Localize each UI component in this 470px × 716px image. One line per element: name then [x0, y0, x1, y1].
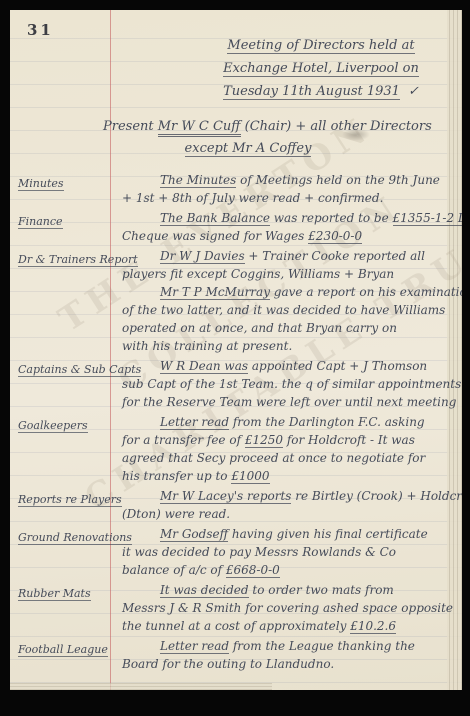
minute-section: Football LeagueLetter read from the Leag…	[18, 637, 448, 673]
margin-label-cell: Reports re Players	[18, 487, 110, 523]
margin-label-cell: Football League	[18, 637, 110, 673]
present-line-2: except Mr A Coffey	[103, 138, 453, 160]
margin-label: Goalkeepers	[18, 419, 88, 433]
heading-line: Meeting of Directors held at	[195, 34, 447, 57]
margin-label: Reports re Players	[18, 493, 122, 507]
paragraph: The Minutes of Meetings held on the 9th …	[122, 171, 448, 207]
minute-section: Dr & Trainers ReportDr W J Davies + Trai…	[18, 247, 448, 355]
margin-label-cell: Finance	[18, 209, 110, 245]
margin-label-cell: Goalkeepers	[18, 413, 110, 485]
paragraph: It was decided to order two mats fromMes…	[122, 581, 453, 635]
manuscript-line: Letter read from the League thanking the	[122, 637, 448, 655]
minute-section: Rubber MatsIt was decided to order two m…	[18, 581, 448, 635]
present-suffix: (Chair) + all other Directors	[241, 119, 432, 134]
manuscript-line: Letter read from the Darlington F.C. ask…	[122, 413, 448, 431]
paragraph: W R Dean was appointed Capt + J Thomsons…	[122, 357, 461, 411]
manuscript-line: the tunnel at a cost of approximately £1…	[122, 617, 453, 635]
margin-label-cell: Rubber Mats	[18, 581, 110, 635]
manuscript-line: Dr W J Davies + Trainer Cooke reported a…	[122, 247, 462, 265]
margin-label: Minutes	[18, 177, 64, 191]
section-body: The Bank Balance was reported to be £135…	[110, 209, 462, 245]
minute-section: Reports re PlayersMr W Lacey's reports r…	[18, 487, 448, 523]
manuscript-line: with his training at present.	[122, 337, 462, 355]
manuscript-line: it was decided to pay Messrs Rowlands & …	[122, 543, 448, 561]
paragraph: Mr T P McMurray gave a report on his exa…	[122, 283, 462, 355]
minute-section: MinutesThe Minutes of Meetings held on t…	[18, 171, 448, 207]
minute-book-page: THE EVERTON COLLECTION CHARITABLE TRUST …	[10, 10, 462, 690]
section-body: The Minutes of Meetings held on the 9th …	[110, 171, 448, 207]
section-body: Mr Godseff having given his final certif…	[110, 525, 448, 579]
minute-sections: MinutesThe Minutes of Meetings held on t…	[18, 171, 448, 675]
heading-line: Tuesday 11th August 1931✓	[195, 80, 447, 103]
minute-section: FinanceThe Bank Balance was reported to …	[18, 209, 448, 245]
page-edge-bottom	[10, 683, 272, 690]
paragraph: Letter read from the League thanking the…	[122, 637, 448, 673]
paragraph: Mr Godseff having given his final certif…	[122, 525, 448, 579]
manuscript-line: The Bank Balance was reported to be £135…	[122, 209, 462, 227]
paragraph: The Bank Balance was reported to be £135…	[122, 209, 462, 245]
manuscript-line: Mr W Lacey's reports re Birtley (Crook) …	[122, 487, 462, 505]
heading-line-1: Meeting of Directors held at	[227, 38, 414, 54]
section-body: Letter read from the League thanking the…	[110, 637, 448, 673]
heading-line-3: Tuesday 11th August 1931	[223, 84, 400, 100]
manuscript-line: for a transfer fee of £1250 for Holdcrof…	[122, 431, 448, 449]
manuscript-line: balance of a/c of £668-0-0	[122, 561, 448, 579]
margin-label-cell: Ground Renovations	[18, 525, 110, 579]
manuscript-line: + 1st + 8th of July were read + confirme…	[122, 189, 448, 207]
manuscript-line: Messrs J & R Smith for covering ashed sp…	[122, 599, 453, 617]
manuscript-line: players fit except Coggins, Williams + B…	[122, 265, 462, 283]
meeting-heading: Meeting of Directors held at Exchange Ho…	[195, 34, 447, 103]
manuscript-line: operated on at once, and that Bryan carr…	[122, 319, 462, 337]
margin-label: Rubber Mats	[18, 587, 91, 601]
present-line-1: Present Mr W C Cuff (Chair) + all other …	[103, 116, 453, 138]
margin-label: Finance	[18, 215, 63, 229]
manuscript-line: Mr Godseff having given his final certif…	[122, 525, 448, 543]
manuscript-line: It was decided to order two mats from	[122, 581, 453, 599]
section-body: W R Dean was appointed Capt + J Thomsons…	[110, 357, 461, 411]
manuscript-line: Mr T P McMurray gave a report on his exa…	[122, 283, 462, 301]
minute-section: Ground RenovationsMr Godseff having give…	[18, 525, 448, 579]
manuscript-line: The Minutes of Meetings held on the 9th …	[122, 171, 448, 189]
section-body: Letter read from the Darlington F.C. ask…	[110, 413, 448, 485]
manuscript-line: agreed that Secy proceed at once to nego…	[122, 449, 448, 467]
minute-section: Captains & Sub CaptsW R Dean was appoint…	[18, 357, 448, 411]
manuscript-line: for the Reserve Team were left over unti…	[122, 393, 461, 411]
tick-mark: ✓	[400, 84, 419, 99]
margin-label-cell: Minutes	[18, 171, 110, 207]
margin-label: Football League	[18, 643, 108, 657]
section-body: Dr W J Davies + Trainer Cooke reported a…	[110, 247, 462, 355]
heading-line-2: Exchange Hotel, Liverpool on	[223, 61, 419, 77]
section-body: Mr W Lacey's reports re Birtley (Crook) …	[110, 487, 462, 523]
paragraph: Dr W J Davies + Trainer Cooke reported a…	[122, 247, 462, 283]
manuscript-line: sub Capt of the 1st Team. the q of simil…	[122, 375, 461, 393]
paragraph: Letter read from the Darlington F.C. ask…	[122, 413, 448, 485]
present-prefix: Present	[103, 119, 158, 134]
margin-label-cell: Captains & Sub Capts	[18, 357, 110, 411]
minute-section: GoalkeepersLetter read from the Darlingt…	[18, 413, 448, 485]
manuscript-line: W R Dean was appointed Capt + J Thomson	[122, 357, 461, 375]
page-number-stamp: 31	[27, 21, 54, 39]
manuscript-line: Board for the outing to Llandudno.	[122, 655, 448, 673]
present-block: Present Mr W C Cuff (Chair) + all other …	[103, 116, 453, 160]
manuscript-line: his transfer up to £1000	[122, 467, 448, 485]
margin-label-cell: Dr & Trainers Report	[18, 247, 110, 355]
chairman-name: Mr W C Cuff	[158, 119, 241, 137]
paragraph: Mr W Lacey's reports re Birtley (Crook) …	[122, 487, 462, 523]
manuscript-line: of the two latter, and it was decided to…	[122, 301, 462, 319]
section-body: It was decided to order two mats fromMes…	[110, 581, 453, 635]
manuscript-line: Cheque was signed for Wages £230-0-0	[122, 227, 462, 245]
manuscript-line: (Dton) were read.	[122, 505, 462, 523]
absent-director: except Mr A Coffey	[185, 141, 312, 157]
heading-line: Exchange Hotel, Liverpool on	[195, 57, 447, 80]
